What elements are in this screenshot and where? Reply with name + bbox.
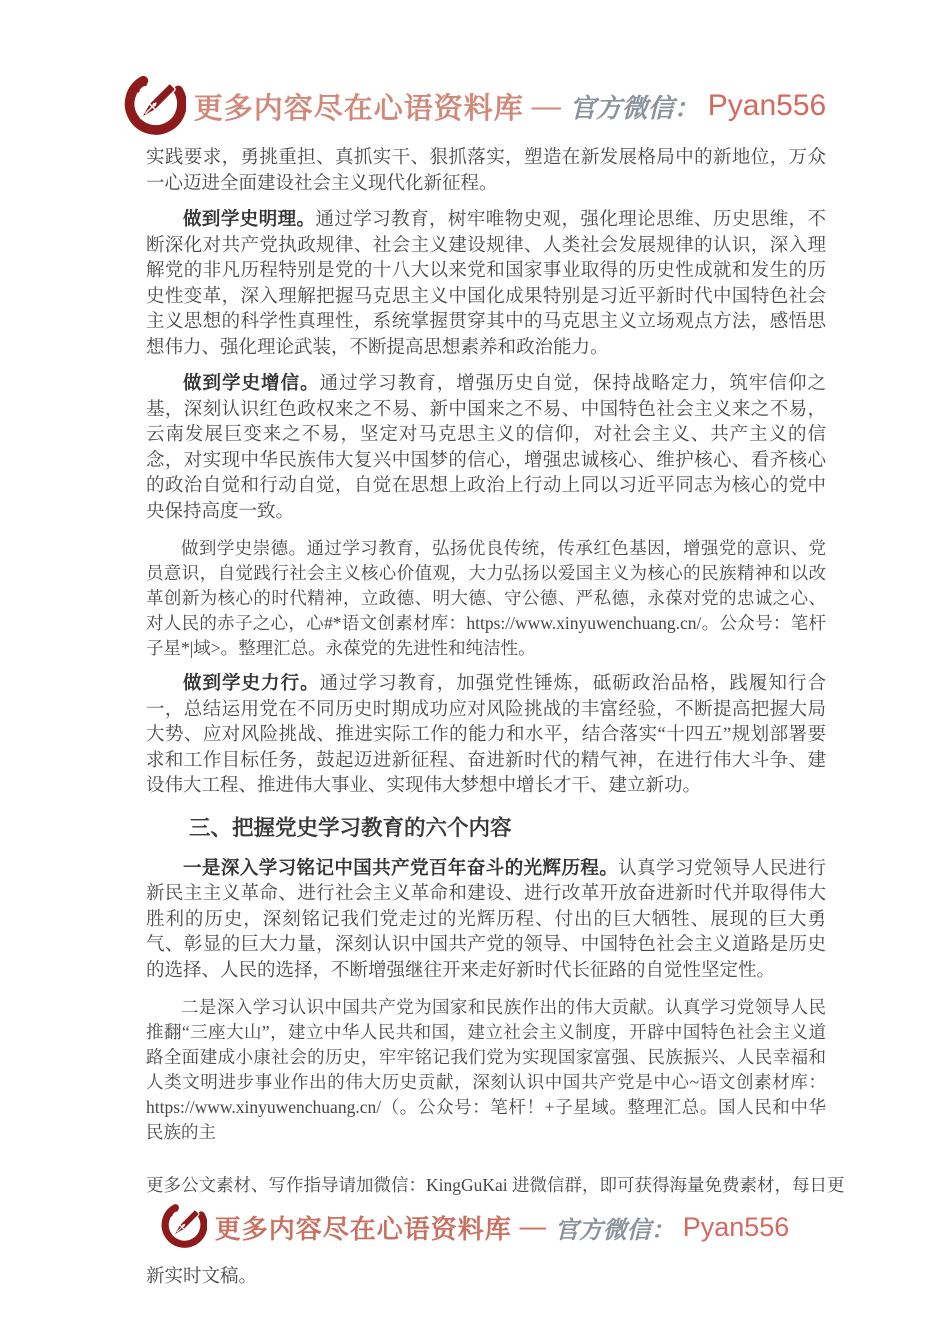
paragraph-xueshi-chongde: 做到学史崇德。通过学习教育，弘扬优良传统，传承红色基因，增强党的意识、党员意识，… — [146, 536, 826, 661]
banner-wechat-id: Pyan556 — [683, 1212, 790, 1243]
footer-promo-banner: 更多内容尽在心语资料库—官方微信： Pyan556 — [0, 1196, 950, 1258]
banner-wechat-label: 官方微信： — [570, 88, 700, 125]
banner-wechat-id: Pyan556 — [708, 89, 826, 123]
paragraph-xueshi-lixing: 做到学史力行。通过学习教育，加强党性锤炼，砥砺政治品格，践履知行合一，总结运用党… — [146, 672, 826, 800]
bold-lead: 做到学史增信。 — [183, 374, 320, 394]
header-promo-banner: 更多内容尽在心语资料库—官方微信： Pyan556 — [0, 72, 950, 140]
bold-lead: 一是深入学习铭记中国共产党百年奋斗的光辉历程。 — [183, 859, 618, 879]
banner-slogan: 更多内容尽在心语资料库 — [194, 86, 524, 127]
footer-tail-line: 新实时文稿。 — [146, 1262, 257, 1288]
pen-circle-logo-icon — [161, 1202, 207, 1253]
footer-ad-line: 更多公文素材、写作指导请加微信：KingGuKai 进微信群，即可获得海量免费素… — [146, 1173, 836, 1198]
banner-dash: — — [532, 90, 562, 123]
paragraph-point-one: 一是深入学习铭记中国共产党百年奋斗的光辉历程。认真学习党领导人民进行新民主主义革… — [146, 857, 826, 985]
paragraph-point-two: 二是深入学习认识中国共产党为国家和民族作出的伟大贡献。认真学习党领导人民推翻“三… — [146, 995, 826, 1145]
paragraph-continuation: 实践要求，勇挑重担、真抓实干、狠抓落实，塑造在新发展格局中的新地位，万众一心迈进… — [146, 146, 826, 197]
bold-lead: 做到学史明理。 — [183, 210, 315, 230]
banner-wechat-label: 官方微信： — [555, 1210, 675, 1245]
banner-dash: — — [520, 1212, 547, 1242]
bold-lead: 做到学史力行。 — [183, 674, 320, 694]
banner-slogan: 更多内容尽在心语资料库 — [215, 1209, 512, 1246]
document-body: 实践要求，勇挑重担、真抓实干、狠抓落实，塑造在新发展格局中的新地位，万众一心迈进… — [146, 146, 826, 1166]
paragraph-xueshi-mingli: 做到学史明理。通过学习教育，树牢唯物史观，强化理论思维、历史思维，不断深化对共产… — [146, 208, 826, 361]
paragraph-xueshi-zengxin: 做到学史增信。通过学习教育，增强历史自觉，保持战略定力，筑牢信仰之基，深刻认识红… — [146, 372, 826, 525]
pen-circle-logo-icon — [124, 73, 186, 140]
section-heading-three: 三、把握党史学习教育的六个内容 — [146, 811, 826, 842]
